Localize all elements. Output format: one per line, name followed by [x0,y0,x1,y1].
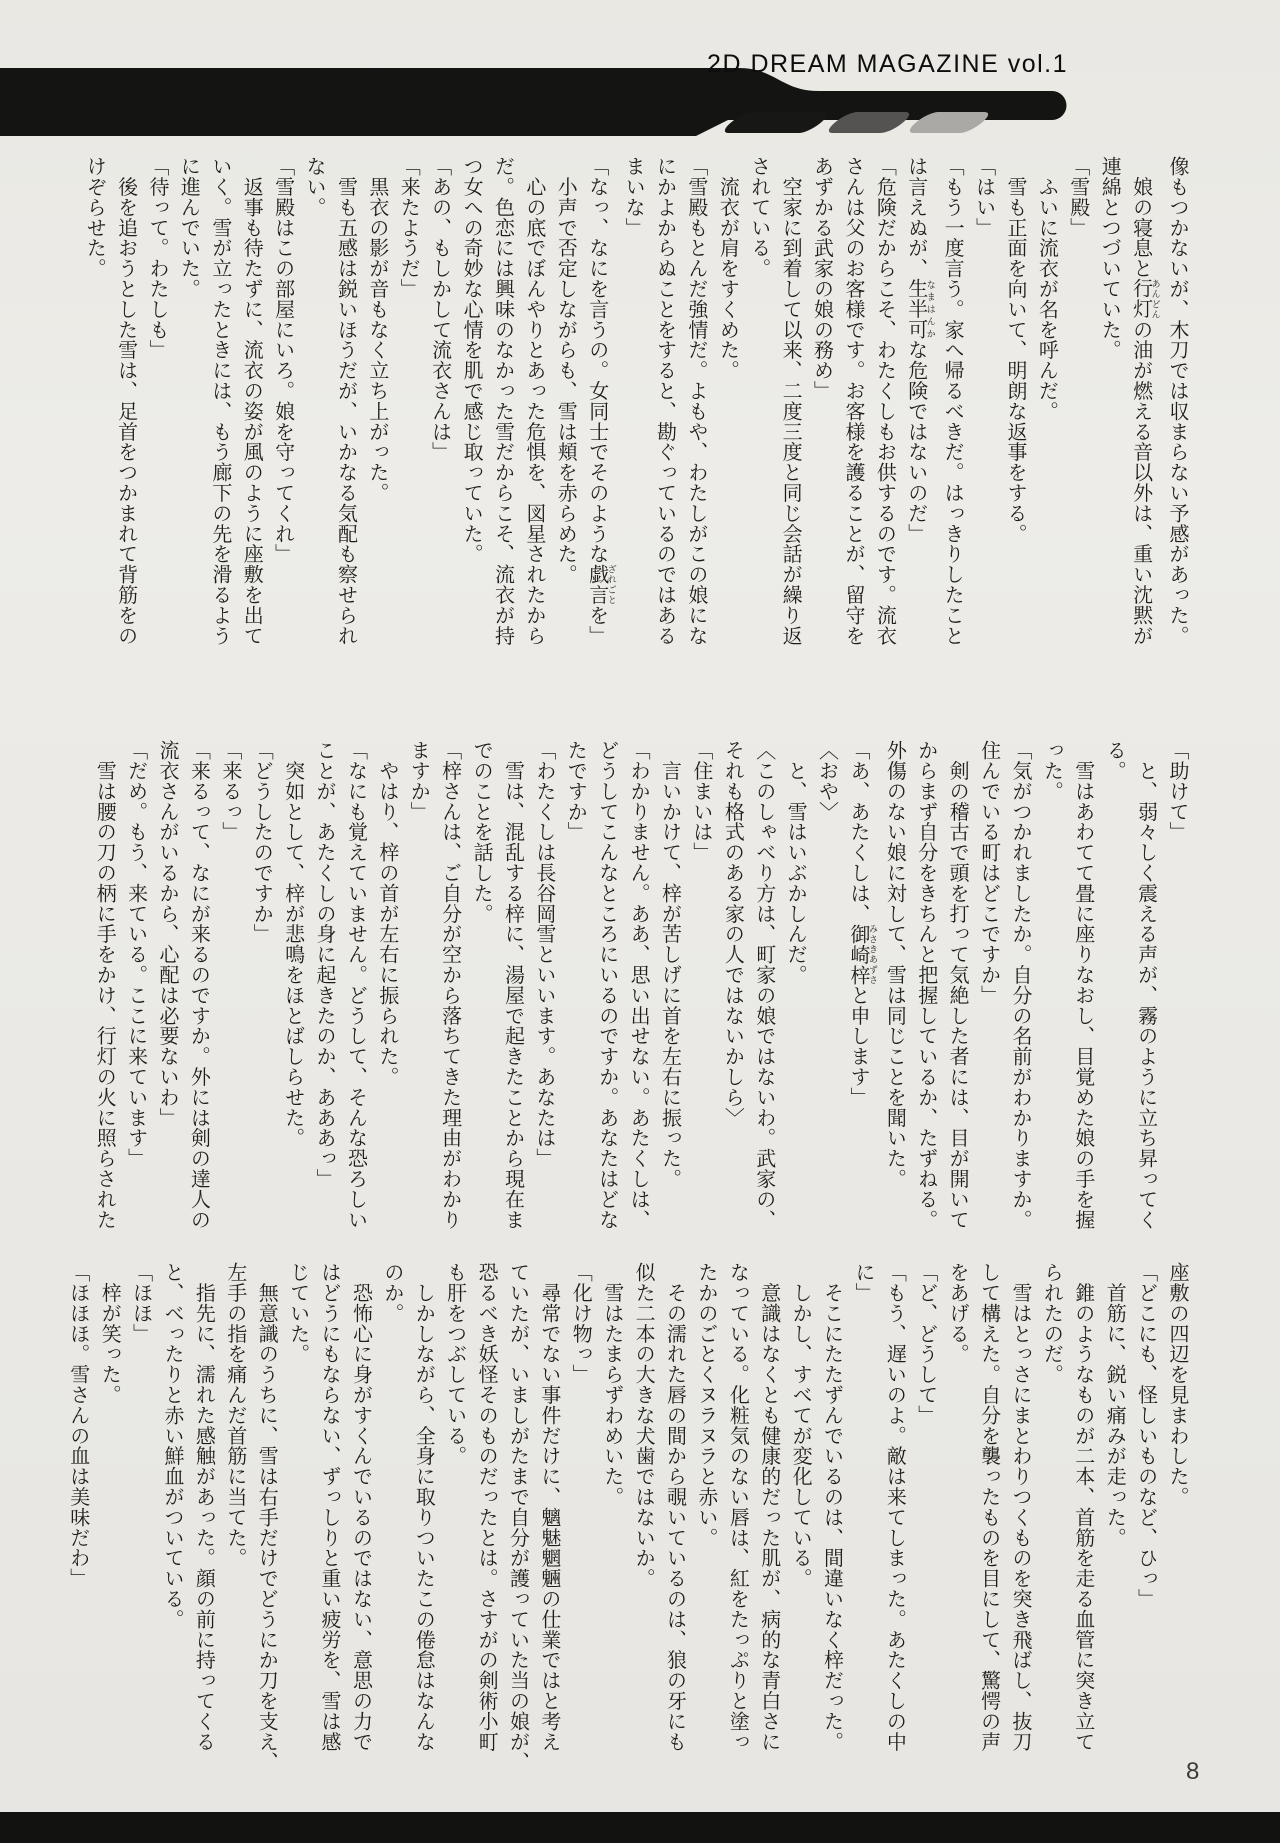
text-column: った。 [1035,740,1066,1258]
text-column: 「ほほほ。雪さんの血は美味だわ」 [61,1262,92,1780]
text-column: 「危険だからこそ、わたくしもお供するのです。流衣 [868,156,899,674]
text-column: 左手の指を痛んだ首筋に当てた。 [218,1262,249,1780]
text-column: どうしてこんなところにいるのですか。あなたはどな [590,740,621,1258]
text-column: 「もう、遅いのよ。敵は来てしまった。あたくしの中に」 [847,1262,910,1780]
text-column: 言いかけて、梓が苦しげに首を左右に振った。 [653,740,684,1258]
furigana-annotation: 戯言ざれごと [586,564,608,605]
text-column: しかしながら、全身に取りついたこの倦怠はなんな [407,1262,438,1780]
text-column: 空家に到着して以来、二度三度と同じ会話が繰り返 [774,156,805,674]
text-column: だ。色恋には興味のなかった雪だからこそ、流衣が持 [486,156,517,674]
text-column: 〈おや〉 [810,740,841,1258]
text-column: 雪はたまらずわめいた。 [595,1262,626,1780]
text-column: 黒衣の影が音もなく立ち上がった。 [360,156,391,674]
text-column: られたのだ。 [1035,1262,1066,1780]
text-column: 住んでいる町はどこですか」 [972,740,1003,1258]
text-column: 「気がつかれましたか。自分の名前がわかりますか。 [1004,740,1035,1258]
text-column: あずかる武家の娘の務め」 [805,156,836,674]
text-column: しかし、すべてが変化している。 [784,1262,815,1780]
text-column: 娘の寝息と行灯あんどんの油が燃える音以外は、重い沈黙が [1124,156,1160,674]
text-column: まいな」 [617,156,648,674]
text-column: ない。 [298,156,329,674]
text-column: 恐るべき妖怪そのものだったとは。さすがの剣術小町 [470,1262,501,1780]
text-column: 雪はとっさにまとわりつくものを突き飛ばし、抜刀 [1004,1262,1035,1780]
text-column: 突如として、梓が悲鳴をほとばしらせた。 [276,740,307,1258]
text-column: に進んでいた。 [172,156,203,674]
page-number: 8 [1186,1758,1199,1786]
text-column: けぞらせた。 [78,156,109,674]
text-column: さんは父のお客様です。お客様を護ることが、留守を [837,156,868,674]
text-column: 「化け物っ」 [564,1262,595,1780]
text-column: をあげる。 [941,1262,972,1780]
text-column: 「梓さんは、ご自分が空から落ちてきた理由がわかり [433,740,464,1258]
text-column: 「助けて」 [1161,740,1192,1258]
text-column: 「雪殿」 [1061,156,1092,674]
text-column: 「雪殿はこの部屋にいろ。娘を守ってくれ」 [266,156,297,674]
text-column: 「来るって、なにが来るのですか。外には剣の達人の [182,740,213,1258]
furigana-annotation: 御崎梓みさきあずさ [847,924,869,985]
text-column: 錐のようなものが二本、首筋を走る血管に突き立て [1066,1262,1097,1780]
text-column: と、弱々しく震える声が、霧のように立ち昇ってく [1129,740,1160,1258]
text-column: 「はい」 [967,156,998,674]
text-column: からまず自分をきちんと把握しているか、たずねる。 [909,740,940,1258]
text-column: は言えぬが、生半可なまはんかな危険ではないのだ」 [899,156,935,674]
text-column: 雪はあわてて畳に座りなおし、目覚めた娘の手を握 [1066,740,1097,1258]
text-column: たかのごとくヌラヌラと赤い。 [690,1262,721,1780]
furigana-annotation: 生半可なまはんか [905,278,927,339]
footer-bar [0,1812,1280,1843]
text-column: 似た二本の大きな犬歯ではないか。 [627,1262,658,1780]
text-band-top: 像もつかないが、木刀では収まらない予感があった。 娘の寝息と行灯あんどんの油が燃… [92,156,1192,674]
text-column: たですか」 [559,740,590,1258]
magazine-title: 2D DREAM MAGAZINE vol.1 [707,50,1068,79]
text-column: 無意識のうちに、雪は右手だけでどうにか刀を支え、 [250,1262,281,1780]
text-column: 「どこにも、怪しいものなど、ひっ」 [1129,1262,1160,1780]
text-column: それも格式のある家の人ではないかしら〉 [716,740,747,1258]
text-column: ことが、あたくしの身に起きたのか、あああっ」 [308,740,339,1258]
text-column: して構えた。自分を襲ったものを目にして、驚愕の声 [972,1262,1003,1780]
text-column: やはり、梓の首が左右に振られた。 [370,740,401,1258]
text-column: 「なっ、なにを言うの。女同士でそのような戯言ざれごとを」 [580,156,616,674]
text-column: 返事も待たずに、流衣の姿が風のように座敷を出て [235,156,266,674]
text-column: 外傷のない娘に対して、雪は同じことを聞いた。 [878,740,909,1258]
text-column: る。 [1098,740,1129,1258]
text-column: 「だめ。もう、来ている。ここに来ています」 [119,740,150,1258]
text-column: 「もう一度言う。家へ帰るべきだ。はっきりしたこと [936,156,967,674]
text-column: はどうにもならない、ずっしりと重い疲労を、雪は感 [313,1262,344,1780]
text-column: 「あの、もしかして流衣さんは」 [423,156,454,674]
text-column: も肝をつぶしている。 [438,1262,469,1780]
text-column: 雪は、混乱する梓に、湯屋で起きたことから現在ま [496,740,527,1258]
text-column: でのことを話した。 [465,740,496,1258]
text-column: ますか」 [402,740,433,1258]
text-column: ていたが、いましがたまで自分が護っていた当の娘が、 [501,1262,532,1780]
text-column: 「なにも覚えていません。どうして、そんな恐ろしい [339,740,370,1258]
text-column: 剣の稽古で頭を打って気絶した者には、目が開いて [941,740,972,1258]
text-column: 梓が笑った。 [93,1262,124,1780]
text-column: いく。雪が立ったときには、もう廊下の先を滑るよう [203,156,234,674]
text-column: 「わかりません。ああ、思い出せない。あたくしは、 [622,740,653,1258]
text-column: 意識はなくとも健康的だった肌が、病的な青白さに [752,1262,783,1780]
text-column: その濡れた唇の間から覗いているのは、狼の牙にも [658,1262,689,1780]
text-column: 雪は腰の刀の柄に手をかけ、行灯の火に照らされた [88,740,119,1258]
text-column: 雪も正面を向いて、明朗な返事をする。 [999,156,1030,674]
text-column: 首筋に、鋭い痛みが走った。 [1098,1262,1129,1780]
text-column: 「わたくしは長谷岡雪といいます。あなたは」 [527,740,558,1258]
text-column: にかよからぬことをすると、勘ぐっているのではある [648,156,679,674]
text-column: 「待って。わたしも」 [141,156,172,674]
text-column: 指先に、濡れた感触があった。顔の前に持ってくる [187,1262,218,1780]
text-column: なっている。化粧気のない唇は、紅をたっぷりと塗っ [721,1262,752,1780]
text-column: 小声で否定しながらも、雪は頬を赤らめた。 [549,156,580,674]
text-column: 「来るっ」 [213,740,244,1258]
header-banner: 2D DREAM MAGAZINE vol.1 [0,0,1280,170]
text-column: 「来たようだ」 [392,156,423,674]
text-column: 「住まいは」 [685,740,716,1258]
text-column: 後を追おうとした雪は、足首をつかまれて背筋をの [109,156,140,674]
text-column: 「あ、あたくしは、御崎梓みさきあずさと申します」 [842,740,878,1258]
text-column: されている。 [742,156,773,674]
text-column: つ女への奇妙な心情を肌で感じ取っていた。 [455,156,486,674]
text-band-middle: 「助けて」 と、弱々しく震える声が、霧のように立ち昇ってくる。 雪はあわてて畳に… [92,740,1192,1258]
text-column: 「雪殿もとんだ強情だ。よもや、わたしがこの娘にな [680,156,711,674]
text-column: ふいに流衣が名を呼んだ。 [1030,156,1061,674]
text-column: 雪も五感は鋭いほうだが、いかなる気配も察せられ [329,156,360,674]
text-column: と、べったりと赤い鮮血がついている。 [156,1262,187,1780]
text-column: 「ほほ」 [124,1262,155,1780]
text-column: じていた。 [281,1262,312,1780]
text-column: 尋常でない事件だけに、魑魅魍魎の仕業ではと考え [532,1262,563,1780]
text-column: 連綿とつづいていた。 [1093,156,1124,674]
text-column: 心の底でぼんやりとあった危惧を、図星されたから [517,156,548,674]
text-band-bottom: 座敷の四辺を見まわした。「どこにも、怪しいものなど、ひっ」 首筋に、鋭い痛みが走… [92,1262,1192,1780]
text-column: のか。 [375,1262,406,1780]
text-column: と、雪はいぶかしんだ。 [779,740,810,1258]
text-column: 恐怖心に身がすくんでいるのではない、意思の力で [344,1262,375,1780]
text-column: 「どうしたのですか」 [245,740,276,1258]
header-ribbon-graphic [0,0,1280,170]
text-column: 「ど、どうして」 [909,1262,940,1780]
text-column: そこにたたずんでいるのは、間違いなく梓だった。 [815,1262,846,1780]
furigana-annotation: 行灯あんどん [1130,278,1152,319]
text-column: 像もつかないが、木刀では収まらない予感があった。 [1161,156,1192,674]
text-column: 流衣が肩をすくめた。 [711,156,742,674]
text-column: 座敷の四辺を見まわした。 [1161,1262,1192,1780]
text-column: 流衣さんがいるから、心配は必要ないわ」 [151,740,182,1258]
text-column: 〈このしゃべり方は、町家の娘ではないわ。武家の、 [747,740,778,1258]
